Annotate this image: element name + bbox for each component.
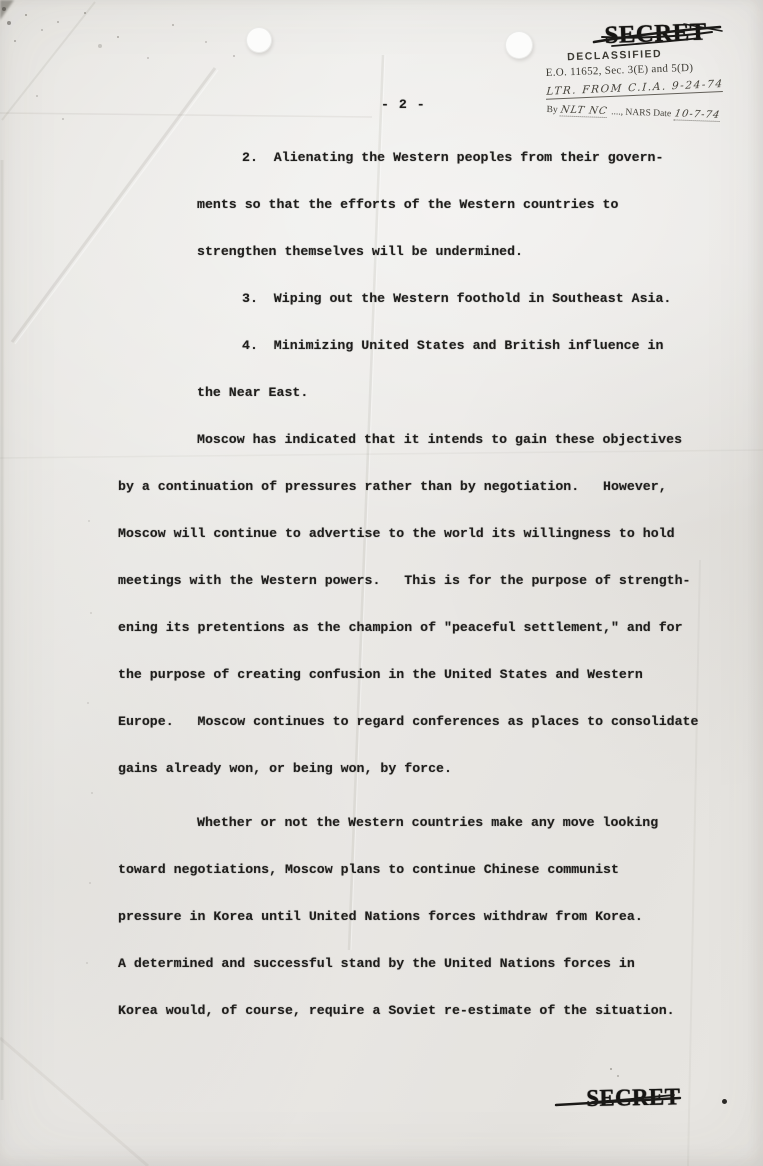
scanned-document-page: SECRET DECLASSIFIED E.O. 11652, Sec. 3(E… bbox=[0, 0, 763, 1166]
document-body: 2. Alienating the Western peoples from t… bbox=[118, 149, 748, 1049]
body-line: 3. Wiping out the Western foothold in So… bbox=[118, 290, 748, 337]
body-line: Korea would, of course, require a Soviet… bbox=[118, 1002, 748, 1049]
body-line: Moscow will continue to advertise to the… bbox=[118, 525, 748, 572]
body-line: meetings with the Western powers. This i… bbox=[118, 572, 748, 619]
paper-speckles bbox=[0, 0, 2, 2]
page-number: - 2 - bbox=[381, 97, 426, 112]
body-line: the purpose of creating confusion in the… bbox=[118, 666, 748, 713]
body-line: 2. Alienating the Western peoples from t… bbox=[118, 149, 748, 196]
body-line: 4. Minimizing United States and British … bbox=[118, 337, 748, 384]
punch-hole bbox=[246, 27, 272, 53]
body-line: Whether or not the Western countries mak… bbox=[118, 814, 748, 861]
strikethrough-scribble bbox=[552, 1086, 687, 1118]
handwritten-date: 10-7-74 bbox=[673, 108, 721, 122]
handwritten-reference: LTR. FROM C.I.A. 9-24-74 bbox=[546, 78, 724, 100]
by-label: By bbox=[546, 105, 557, 115]
body-line: A determined and successful stand by the… bbox=[118, 955, 748, 1002]
leader-dots: ...., bbox=[611, 107, 623, 117]
nars-label: NARS Date bbox=[625, 108, 671, 120]
body-line: gains already won, or being won, by forc… bbox=[118, 760, 748, 807]
body-line: Europe. Moscow continues to regard confe… bbox=[118, 713, 748, 760]
body-line: strengthen themselves will be undermined… bbox=[118, 243, 748, 290]
body-line: toward negotiations, Moscow plans to con… bbox=[118, 861, 748, 908]
body-line: Moscow has indicated that it intends to … bbox=[118, 431, 748, 478]
punch-hole bbox=[505, 31, 533, 59]
body-line: ments so that the efforts of the Western… bbox=[118, 196, 748, 243]
body-line: ening its pretentions as the champion of… bbox=[118, 619, 748, 666]
strikethrough-scribble bbox=[588, 16, 728, 60]
paper-edge-corner bbox=[0, 0, 14, 20]
handwritten-initials: NLT NC bbox=[560, 105, 609, 119]
body-line: the Near East. bbox=[118, 384, 748, 431]
ink-dot bbox=[722, 1099, 727, 1104]
body-line: by a continuation of pressures rather th… bbox=[118, 478, 748, 525]
body-line: pressure in Korea until United Nations f… bbox=[118, 908, 748, 955]
